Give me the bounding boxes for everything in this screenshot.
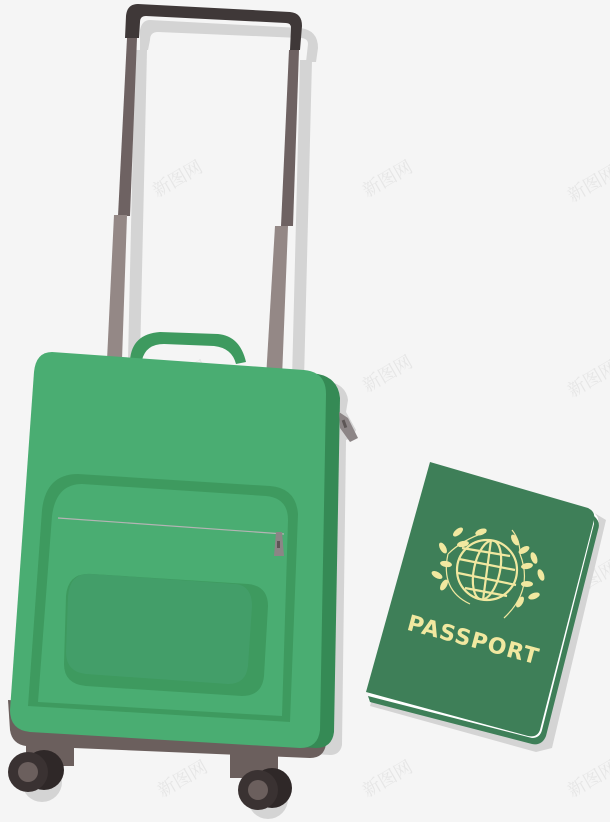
trolley-pole-right-lower <box>266 226 288 378</box>
trolley-pole-right-upper <box>281 50 299 226</box>
illustration-scene: 新图网 新图网 新图网 新图网 新图网 新图网 新图网 新图网 新图网 新图网 … <box>0 0 610 822</box>
wheel-left <box>8 750 64 792</box>
trolley-pole-left-lower <box>107 215 127 360</box>
passport[interactable]: PASSPORT <box>366 462 606 752</box>
suitcase <box>8 4 358 819</box>
wheel-right <box>238 768 292 810</box>
